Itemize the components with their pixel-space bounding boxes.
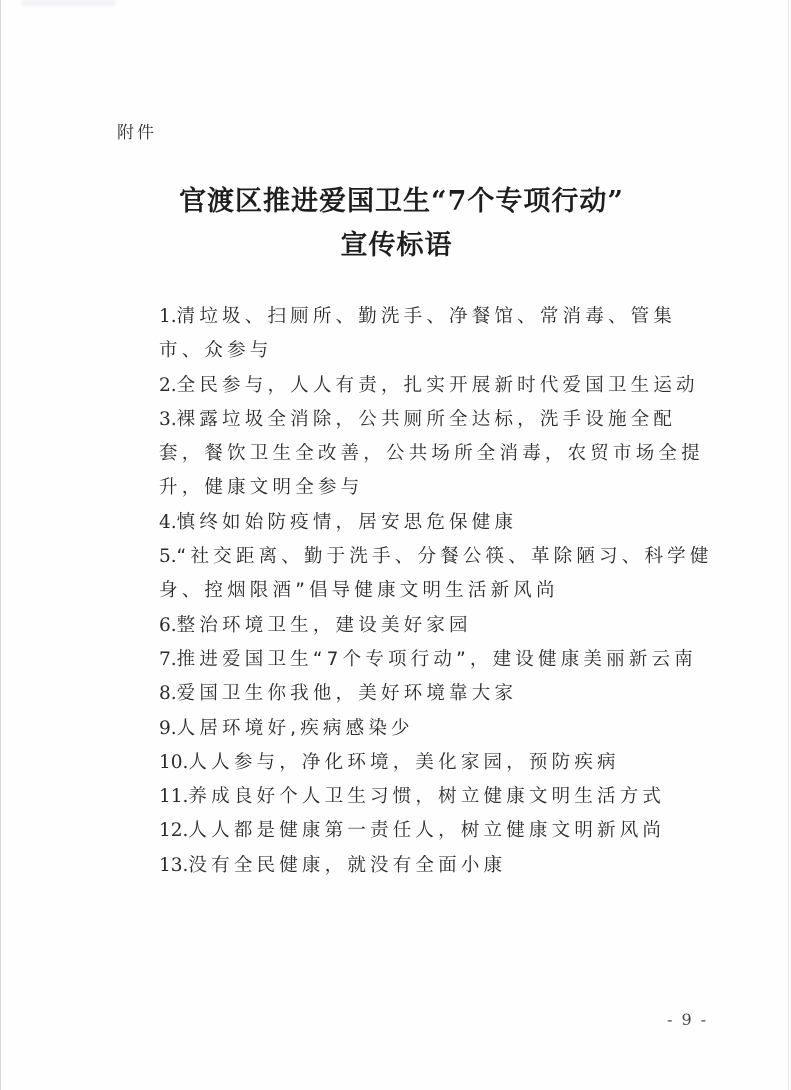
slogan-item: 13.没有全民健康，就没有全面小康 [159, 849, 719, 883]
slogan-item: 6.整治环境卫生，建设美好家园 [159, 609, 719, 643]
slogan-item: 8.爱国卫生你我他，美好环境靠大家 [159, 677, 719, 711]
slogan-text: 推进爱国卫生“7个专项行动”，建设健康美丽新云南 [177, 649, 697, 670]
slogan-item: 12.人人都是健康第一责任人，树立健康文明新风尚 [159, 814, 719, 848]
slogan-text: 养成良好个人卫生习惯，树立健康文明生活方式 [188, 786, 665, 807]
title-line-1: 官渡区推进爱国卫生“7个专项行动” [1, 180, 791, 224]
slogan-number: 3. [159, 409, 177, 430]
slogan-text: 清垃圾、扫厕所、勤洗手、净餐馆、常消毒、管集市、众参与 [159, 306, 676, 361]
slogan-number: 2. [159, 375, 177, 396]
slogan-text: 没有全民健康，就没有全面小康 [188, 855, 506, 876]
slogan-text: 人居环境好,疾病感染少 [177, 718, 414, 739]
slogan-number: 11. [159, 786, 188, 807]
slogan-text: 整治环境卫生，建设美好家园 [177, 615, 472, 636]
slogan-number: 13. [159, 855, 188, 876]
slogan-number: 7. [159, 649, 177, 670]
slogan-item: 3.裸露垃圾全消除，公共厕所全达标，洗手设施全配套，餐饮卫生全改善，公共场所全消… [159, 403, 719, 506]
attachment-label: 附件 [117, 118, 157, 143]
page-edge [788, 0, 789, 1090]
page-number: - 9 - [667, 1010, 708, 1029]
slogan-number: 10. [159, 752, 188, 773]
slogan-item: 2.全民参与，人人有责，扎实开展新时代爱国卫生运动 [159, 369, 719, 403]
scan-artifact [21, 0, 116, 6]
slogan-number: 9. [159, 718, 177, 739]
slogan-item: 7.推进爱国卫生“7个专项行动”，建设健康美丽新云南 [159, 643, 719, 677]
slogan-item: 11.养成良好个人卫生习惯，树立健康文明生活方式 [159, 780, 719, 814]
slogan-number: 5. [159, 546, 177, 567]
slogan-text: “社交距离、勤于洗手、分餐公筷、革除陋习、科学健身、控烟限酒”倡导健康文明生活新… [159, 546, 713, 601]
slogan-text: 慎终如始防疫情，居安思危保健康 [177, 512, 518, 533]
slogan-text: 爱国卫生你我他，美好环境靠大家 [177, 683, 518, 704]
title-line-2: 宣传标语 [1, 224, 791, 268]
slogan-text: 全民参与，人人有责，扎实开展新时代爱国卫生运动 [177, 375, 699, 396]
slogan-number: 8. [159, 683, 177, 704]
document-title: 官渡区推进爱国卫生“7个专项行动” 宣传标语 [1, 180, 791, 268]
slogan-item: 10.人人参与，净化环境，美化家园，预防疾病 [159, 746, 719, 780]
slogan-number: 4. [159, 512, 177, 533]
document-page: 附件 官渡区推进爱国卫生“7个专项行动” 宣传标语 1.清垃圾、扫厕所、勤洗手、… [0, 0, 791, 1090]
slogan-text: 裸露垃圾全消除，公共厕所全达标，洗手设施全配套，餐饮卫生全改善，公共场所全消毒，… [159, 409, 704, 499]
slogan-number: 1. [159, 306, 177, 327]
slogan-item: 5.“社交距离、勤于洗手、分餐公筷、革除陋习、科学健身、控烟限酒”倡导健康文明生… [159, 540, 719, 609]
slogan-item: 1.清垃圾、扫厕所、勤洗手、净餐馆、常消毒、管集市、众参与 [159, 300, 719, 369]
slogan-item: 4.慎终如始防疫情，居安思危保健康 [159, 506, 719, 540]
slogan-item: 9.人居环境好,疾病感染少 [159, 712, 719, 746]
slogan-text: 人人都是健康第一责任人，树立健康文明新风尚 [188, 820, 665, 841]
slogan-text: 人人参与，净化环境，美化家园，预防疾病 [188, 752, 619, 773]
slogan-number: 12. [159, 820, 188, 841]
slogan-list: 1.清垃圾、扫厕所、勤洗手、净餐馆、常消毒、管集市、众参与 2.全民参与，人人有… [159, 300, 719, 883]
slogan-number: 6. [159, 615, 177, 636]
